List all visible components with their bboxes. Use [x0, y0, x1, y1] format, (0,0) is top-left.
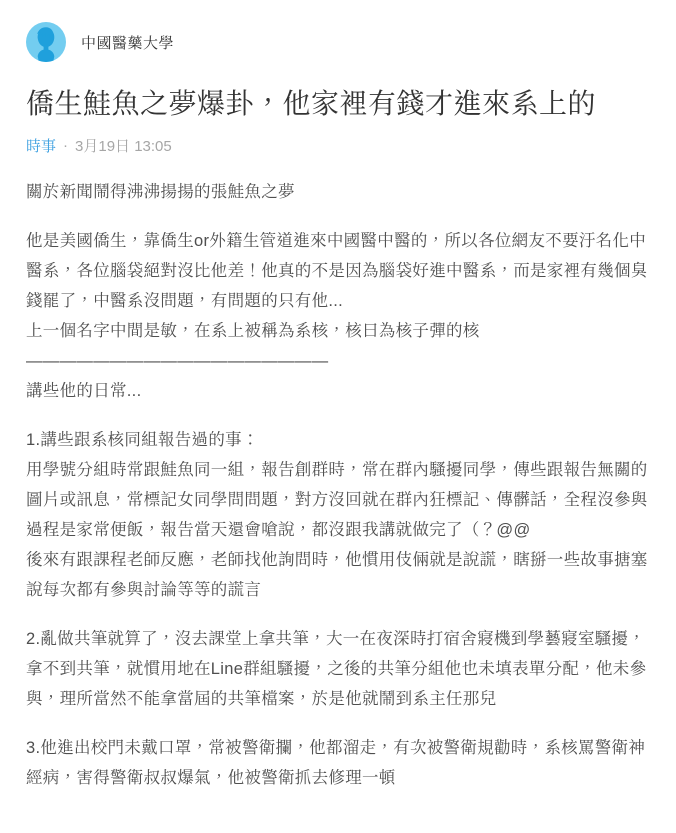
post-header: 中國醫藥大學 — [26, 22, 650, 62]
post-paragraph: 他是美國僑生，靠僑生or外籍生管道進來中國醫中醫的，所以各位網友不要汙名化中醫系… — [26, 226, 652, 406]
topic-tag[interactable]: 時事 — [26, 135, 56, 156]
post-paragraph: 1.講些跟系核同組報告過的事：用學號分組時常跟鮭魚同一組，報告創群時，常在群內騷… — [26, 425, 652, 605]
post-title: 僑生鮭魚之夢爆卦，他家裡有錢才進來系上的 — [26, 86, 650, 122]
post-container: 中國醫藥大學 僑生鮭魚之夢爆卦，他家裡有錢才進來系上的 時事 · 3月19日 1… — [0, 0, 676, 833]
meta-separator: · — [63, 137, 68, 154]
forum-name[interactable]: 中國醫藥大學 — [81, 32, 174, 53]
post-meta: 時事 · 3月19日 13:05 — [26, 135, 650, 156]
post-body: 關於新聞鬧得沸沸揚揚的張鮭魚之夢他是美國僑生，靠僑生or外籍生管道進來中國醫中醫… — [26, 177, 652, 793]
person-avatar-icon — [26, 22, 66, 62]
post-paragraph: 3.他進出校門未戴口罩，常被警衛攔，他都溜走，有次被警衛規勸時，系核罵警衛神經病… — [26, 733, 652, 793]
post-paragraph: 關於新聞鬧得沸沸揚揚的張鮭魚之夢 — [26, 177, 652, 207]
post-timestamp: 3月19日 13:05 — [75, 135, 172, 156]
post-paragraph: 2.亂做共筆就算了，沒去課堂上拿共筆，大一在夜深時打宿舍寢機到學藝寢室騷擾，拿不… — [26, 624, 652, 714]
